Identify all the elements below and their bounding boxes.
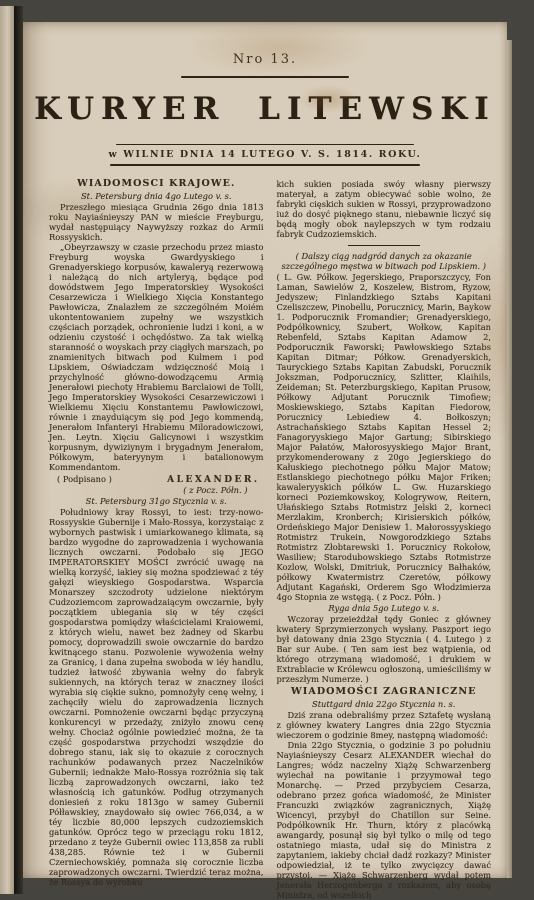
paragraph-imperial-order-intro: Przeszłego miesiąca Grudnia 26go dnia 18…	[49, 202, 264, 242]
note-awards-continuation: ( Dalszy ciąg nadgród danych za okazanie…	[277, 251, 492, 271]
paragraph-riga-courier: Wczoray przeieżdżał tędy Goniec z główne…	[277, 614, 492, 684]
dateline-stuttgart: Stuttgard dnia 22go Stycznia n. s.	[277, 699, 492, 709]
masthead-title: KURYER LITEWSKI	[23, 91, 507, 127]
paragraph-stuttgart-dispatch: Dziś zrana odebraliśmy przez Sztafetę wy…	[277, 710, 492, 740]
paragraph-imperial-order: „Obeyrzawszy w czasie przechodu przez mi…	[49, 242, 264, 472]
paragraph-stuttgart-alexander: Dnia 22go Stycznia, o godzinie 3 po połu…	[277, 740, 492, 900]
signature-podpisano-label: ( Podpisano )	[57, 474, 112, 484]
newspaper-page: Nro 13. KURYER LITEWSKI w WILNIE DNIA 14…	[23, 22, 507, 878]
dateline-riga: Ryga dnia 5go Lutego v. s.	[277, 603, 492, 613]
source-note-pocz-poln: ( z Pocz. Półn. )	[49, 485, 264, 495]
issue-number: Nro 13.	[23, 22, 507, 67]
page-gutter-shadow	[14, 6, 23, 894]
scanned-newspaper-photo: Nro 13. KURYER LITEWSKI w WILNIE DNIA 14…	[0, 0, 534, 900]
paragraph-sheep-farming: Południowy kray Rossyi, to iest: trzy-no…	[49, 507, 264, 887]
dateline-petersburg-2: St. Petersburg 31go Stycznia v. s.	[49, 496, 264, 506]
section-heading-domestic-news: WIADOMOSCI KRAJOWE.	[49, 179, 264, 189]
signature-alexander: ALEXANDER.	[167, 475, 259, 485]
masthead-dateline: w WILNIE DNIA 14 LUTEGO V. S. 1814. ROKU…	[23, 149, 507, 160]
adjacent-page-edge	[0, 6, 14, 894]
article-columns: WIADOMOSCI KRAJOWE. St. Petersburg dnia …	[23, 166, 507, 900]
masthead-rule-issue	[181, 76, 349, 78]
section-divider-rule	[348, 245, 420, 246]
masthead-rule-date-top	[116, 144, 414, 146]
paragraph-awards-list: ( L. Gw. Półkow. Jegerskiego, Praporszcz…	[277, 272, 492, 602]
right-column: kich sukien posiada swóy własny pierwszy…	[277, 179, 492, 900]
left-column: WIADOMOSCI KRAJOWE. St. Petersburg dnia …	[49, 179, 264, 900]
section-heading-foreign-news: WIADOMOŚCI ZAGRANICZNE	[277, 687, 492, 697]
paragraph-cloth-factories-continued: kich sukien posiada swóy własny pierwszy…	[277, 179, 492, 239]
signature-row: ( Podpisano ) ALEXANDER.	[49, 472, 264, 485]
dateline-petersburg-1: St. Petersburg dnia 4go Lutego v. s.	[49, 191, 264, 201]
